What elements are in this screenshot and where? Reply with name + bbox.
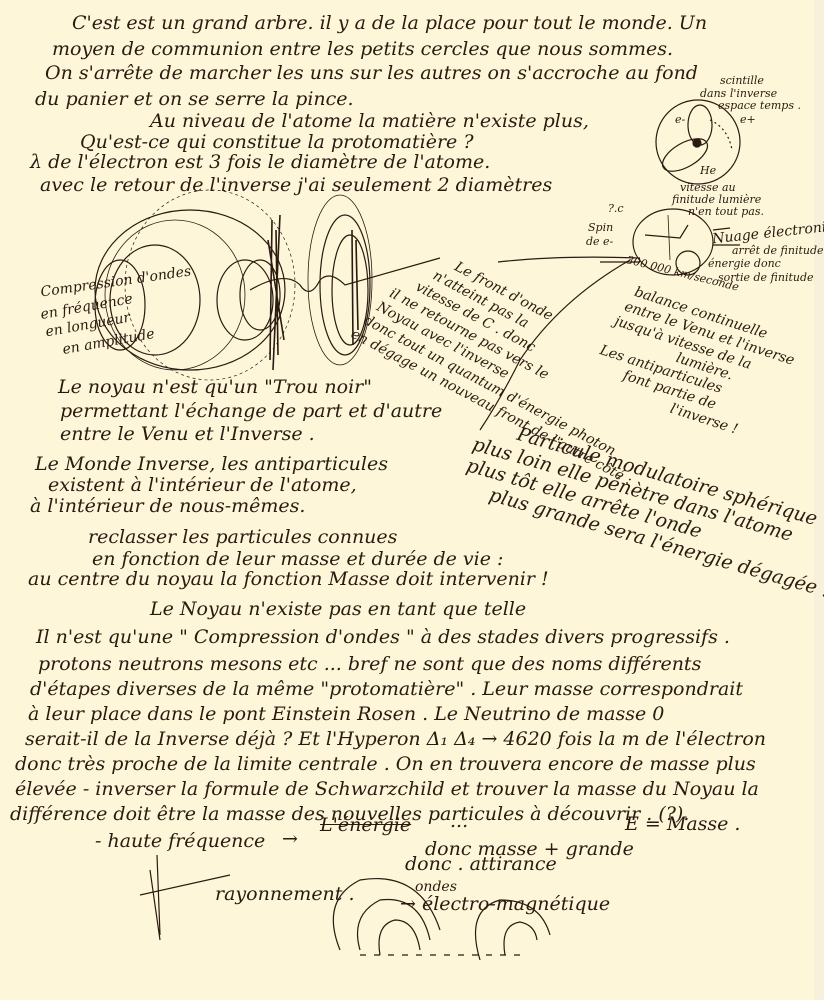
spin-label-2: de e- bbox=[586, 236, 613, 247]
bottom-line-4: d'étapes diverses de la même "protomatiè… bbox=[30, 680, 743, 699]
atom-label-he: He bbox=[700, 165, 716, 176]
top-line-3: On s'arrête de marcher les uns sur les a… bbox=[45, 64, 698, 83]
noyau-line-6: à l'intérieur de nous-mêmes. bbox=[30, 497, 305, 516]
classe-line-2: en fonction de leur masse et durée de vi… bbox=[92, 550, 503, 569]
note-arrow: → bbox=[282, 830, 298, 849]
bottom-line-8: élevée - inverser la formule de Schwarzc… bbox=[15, 780, 759, 799]
classe-line-3: au centre du noyau la fonction Masse doi… bbox=[28, 570, 549, 589]
cloud-label-2: arrêt de finitude bbox=[732, 245, 824, 256]
bottom-line-2: Il n'est qu'une " Compression d'ondes " … bbox=[36, 628, 730, 647]
atom-note-above-3: espace temps . bbox=[718, 100, 801, 111]
bottom-line-6: serait-il de la Inverse déjà ? Et l'Hype… bbox=[25, 730, 766, 749]
noyau-line-5: existent à l'intérieur de l'atome, bbox=[48, 476, 357, 495]
noyau-line-4: Le Monde Inverse, les antiparticules bbox=[35, 455, 388, 474]
atom-sketch bbox=[656, 100, 740, 184]
spin-label-q: ?.c bbox=[608, 203, 624, 214]
note-dots: ... bbox=[450, 812, 468, 831]
atom-note-below-1: vitesse au bbox=[680, 182, 736, 193]
note-rayonnement: rayonnement . bbox=[215, 885, 355, 904]
atom-note-below-3: n'en tout pas. bbox=[688, 206, 764, 217]
atom-label-eminus: e- bbox=[675, 114, 685, 125]
cloud-label-1: Nuage électronique bbox=[712, 218, 824, 247]
note-ondes: ondes bbox=[415, 880, 457, 894]
manuscript-page: C'est est un grand arbre. il y a de la p… bbox=[0, 0, 824, 1000]
page-edge bbox=[814, 0, 824, 1000]
bottom-line-1: Le Noyau n'existe pas en tant que telle bbox=[150, 600, 526, 619]
top-line-2: moyen de communion entre les petits cerc… bbox=[52, 40, 673, 59]
atom-note-above-2: dans l'inverse bbox=[700, 88, 777, 99]
note-electro: → électro-magnétique bbox=[400, 895, 610, 914]
note-energie: L'énergie bbox=[320, 816, 411, 835]
atom-line-4: avec le retour de l'inverse j'ai seuleme… bbox=[40, 176, 552, 195]
bottom-line-7: donc très proche de la limite centrale .… bbox=[15, 755, 756, 774]
note-formula: E = Masse . bbox=[625, 815, 740, 834]
atom-line-3: λ de l'électron est 3 fois le diamètre d… bbox=[30, 153, 490, 172]
noyau-line-3: entre le Venu et l'Inverse . bbox=[60, 425, 315, 444]
bottom-line-3: protons neutrons mesons etc ... bref ne … bbox=[38, 655, 701, 674]
atom-note-above-1: scintille bbox=[720, 75, 764, 86]
bottom-line-5: à leur place dans le pont Einstein Rosen… bbox=[28, 705, 664, 724]
spin-label-1: Spin bbox=[588, 222, 613, 233]
note-haute-frequence: - haute fréquence bbox=[95, 832, 265, 851]
atom-line-1: Au niveau de l'atome la matière n'existe… bbox=[150, 112, 589, 131]
top-line-1: C'est est un grand arbre. il y a de la p… bbox=[72, 14, 707, 33]
cloud-label-3: énergie donc bbox=[708, 258, 781, 269]
atom-label-eplus: e+ bbox=[740, 114, 756, 125]
atom-note-below-2: finitude lumière bbox=[672, 194, 761, 205]
noyau-line-2: permettant l'échange de part et d'autre bbox=[60, 402, 442, 421]
classe-line-1: reclasser les particules connues bbox=[88, 528, 397, 547]
noyau-line-1: Le noyau n'est qu'un "Trou noir" bbox=[58, 378, 372, 397]
top-line-4: du panier et on se serre la pince. bbox=[35, 90, 354, 109]
atom-line-2: Qu'est-ce qui constitue la protomatière … bbox=[80, 133, 474, 152]
note-donc-attirance: donc . attirance bbox=[405, 855, 557, 874]
